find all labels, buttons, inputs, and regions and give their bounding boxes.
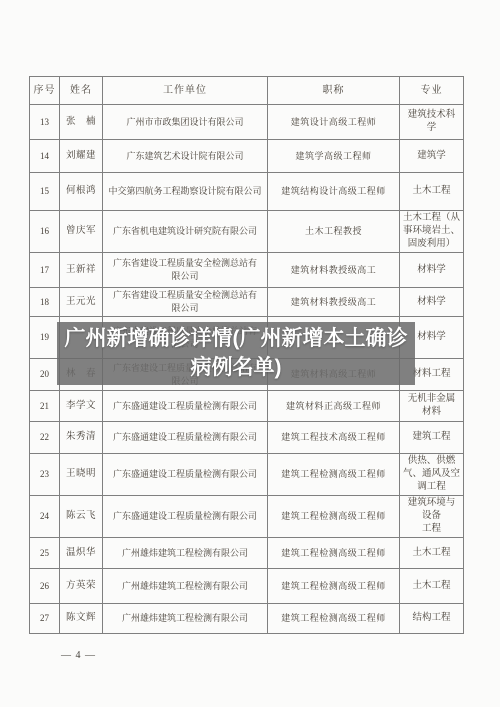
unit-cell: 广东盛通建设工程质量检测有限公司	[103, 496, 268, 538]
table-row: 18王元光广东省建设工程质量安全检测总站有 限公司建筑材料教授级高工材料学	[30, 288, 464, 317]
overlay-title: 广州新增确诊详情(广州新增本土确诊病例名单)	[65, 327, 408, 379]
table-row: 26方英荣广州雄炜建筑工程检测有限公司建筑工程检测高级工程师土木工程	[30, 569, 464, 604]
serial-cell: 14	[30, 140, 60, 173]
title-cell: 土木工程教授	[268, 211, 400, 253]
major-cell: 结构工程	[400, 604, 464, 634]
major-cell: 无机非金属 材料	[400, 391, 464, 422]
title-cell: 建筑工程检测高级工程师	[268, 538, 400, 569]
name-cell: 王晓明	[60, 454, 103, 496]
table-header-row: 序号姓名工作单位职称专业	[30, 77, 464, 105]
title-cell: 建筑设计高级工程师	[268, 105, 400, 140]
unit-cell: 广东省机电建筑设计研究院有限公司	[103, 211, 268, 253]
major-cell: 建筑工程	[400, 422, 464, 454]
table-row: 16曾庆军广东省机电建筑设计研究院有限公司土木工程教授土木工程（从 事环境岩土、…	[30, 211, 464, 253]
name-cell: 温炽华	[60, 538, 103, 569]
table-row: 21李学文广东盛通建设工程质量检测有限公司建筑材料正高级工程师无机非金属 材料	[30, 391, 464, 422]
serial-cell: 24	[30, 496, 60, 538]
title-cell: 建筑学高级工程师	[268, 140, 400, 173]
unit-cell: 广州雄炜建筑工程检测有限公司	[103, 569, 268, 604]
unit-cell: 中交第四航务工程勘察设计院有限公司	[103, 173, 268, 211]
name-cell: 陈文辉	[60, 604, 103, 634]
major-cell: 建筑环境与 设备 工程	[400, 496, 464, 538]
name-cell: 方英荣	[60, 569, 103, 604]
major-cell: 土木工程	[400, 538, 464, 569]
table-header-cell: 职称	[268, 77, 400, 105]
table-row: 14刘耀建广东建筑艺术设计院有限公司建筑学高级工程师建筑学	[30, 140, 464, 173]
unit-cell: 广东建筑艺术设计院有限公司	[103, 140, 268, 173]
unit-cell: 广东盛通建设工程质量检测有限公司	[103, 454, 268, 496]
table-row: 24陈云飞广东盛通建设工程质量检测有限公司建筑工程检测高级工程师建筑环境与 设备…	[30, 496, 464, 538]
table-header-cell: 姓名	[60, 77, 103, 105]
unit-cell: 广州市市政集团设计有限公司	[103, 105, 268, 140]
unit-cell: 广东盛通建设工程质量检测有限公司	[103, 391, 268, 422]
table-header-cell: 工作单位	[103, 77, 268, 105]
table-row: 27陈文辉广州雄炜建筑工程检测有限公司建筑工程检测高级工程师结构工程	[30, 604, 464, 634]
overlay-banner: 广州新增确诊详情(广州新增本土确诊病例名单)	[57, 322, 415, 385]
name-cell: 朱秀清	[60, 422, 103, 454]
title-cell: 建筑结构设计高级工程师	[268, 173, 400, 211]
name-cell: 李学文	[60, 391, 103, 422]
name-cell: 何根鸿	[60, 173, 103, 211]
major-cell: 供热、供燃 气、通风及空 调工程	[400, 454, 464, 496]
title-cell: 建筑工程检测高级工程师	[268, 604, 400, 634]
serial-cell: 21	[30, 391, 60, 422]
serial-cell: 18	[30, 288, 60, 317]
unit-cell: 广东省建设工程质量安全检测总站有 限公司	[103, 253, 268, 288]
name-cell: 王元光	[60, 288, 103, 317]
major-cell: 土木工程	[400, 173, 464, 211]
table-header-cell: 序号	[30, 77, 60, 105]
unit-cell: 广州雄炜建筑工程检测有限公司	[103, 604, 268, 634]
serial-cell: 23	[30, 454, 60, 496]
table-row: 22朱秀清广东盛通建设工程质量检测有限公司建筑工程技术高级工程师建筑工程	[30, 422, 464, 454]
title-cell: 建筑工程检测高级工程师	[268, 496, 400, 538]
serial-cell: 19	[30, 317, 60, 359]
title-cell: 建筑工程检测高级工程师	[268, 454, 400, 496]
table-row: 25温炽华广州雄炜建筑工程检测有限公司建筑工程检测高级工程师土木工程	[30, 538, 464, 569]
major-cell: 材料学	[400, 253, 464, 288]
table-row: 17王新祥广东省建设工程质量安全检测总站有 限公司建筑材料教授级高工材料学	[30, 253, 464, 288]
major-cell: 材料学	[400, 288, 464, 317]
table-row: 15何根鸿中交第四航务工程勘察设计院有限公司建筑结构设计高级工程师土木工程	[30, 173, 464, 211]
title-cell: 建筑工程技术高级工程师	[268, 422, 400, 454]
title-cell: 建筑材料教授级高工	[268, 288, 400, 317]
serial-cell: 15	[30, 173, 60, 211]
name-cell: 陈云飞	[60, 496, 103, 538]
serial-cell: 26	[30, 569, 60, 604]
name-cell: 曾庆军	[60, 211, 103, 253]
page-number: — 4 —	[61, 650, 96, 661]
title-cell: 建筑材料正高级工程师	[268, 391, 400, 422]
name-cell: 张 楠	[60, 105, 103, 140]
major-cell: 土木工程（从 事环境岩土、 固废利用）	[400, 211, 464, 253]
table-header-cell: 专业	[400, 77, 464, 105]
unit-cell: 广东盛通建设工程质量检测有限公司	[103, 422, 268, 454]
name-cell: 王新祥	[60, 253, 103, 288]
major-cell: 建筑学	[400, 140, 464, 173]
serial-cell: 27	[30, 604, 60, 634]
serial-cell: 16	[30, 211, 60, 253]
serial-cell: 13	[30, 105, 60, 140]
major-cell: 土木工程	[400, 569, 464, 604]
unit-cell: 广州雄炜建筑工程检测有限公司	[103, 538, 268, 569]
serial-cell: 22	[30, 422, 60, 454]
serial-cell: 25	[30, 538, 60, 569]
unit-cell: 广东省建设工程质量安全检测总站有 限公司	[103, 288, 268, 317]
table-row: 13张 楠广州市市政集团设计有限公司建筑设计高级工程师建筑技术科 学	[30, 105, 464, 140]
major-cell: 建筑技术科 学	[400, 105, 464, 140]
serial-cell: 20	[30, 359, 60, 391]
name-cell: 刘耀建	[60, 140, 103, 173]
serial-cell: 17	[30, 253, 60, 288]
title-cell: 建筑工程检测高级工程师	[268, 569, 400, 604]
title-cell: 建筑材料教授级高工	[268, 253, 400, 288]
table-row: 23王晓明广东盛通建设工程质量检测有限公司建筑工程检测高级工程师供热、供燃 气、…	[30, 454, 464, 496]
